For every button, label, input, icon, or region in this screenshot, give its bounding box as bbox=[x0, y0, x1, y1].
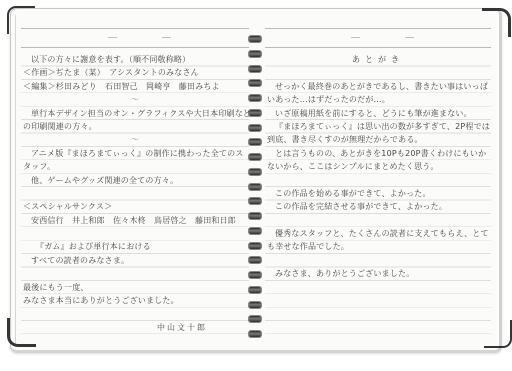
section-divider-mark: 〜 bbox=[21, 133, 249, 146]
text-line: すべての読者のみなさま。 bbox=[21, 254, 249, 267]
spiral-ring bbox=[249, 154, 261, 160]
spiral-ring bbox=[249, 139, 261, 145]
text-line: も幸せな作品でした。 bbox=[265, 240, 491, 253]
notebook-pages: 以下の方々に謝意を表す。（順不同敬称略） ＜作画＞ぢたま（某） アシスタントのみ… bbox=[10, 8, 502, 353]
blank-line bbox=[265, 66, 491, 79]
blank-line bbox=[265, 254, 491, 267]
text-line: タッフ。 bbox=[21, 160, 249, 173]
spiral-ring bbox=[249, 198, 261, 204]
header-field-mark bbox=[108, 37, 117, 38]
text-line: 安西信行 井上和郎 佐々木柊 鳥居啓之 藤田和日郎 bbox=[21, 214, 249, 227]
text-line: この作品を始める事ができて、よかった。 bbox=[265, 187, 491, 200]
spiral-ring bbox=[249, 272, 261, 278]
header-rule-bottom bbox=[265, 47, 491, 48]
spiral-ring bbox=[249, 66, 261, 72]
spiral-ring bbox=[249, 213, 261, 219]
section-divider-mark: 〜 bbox=[21, 93, 249, 106]
spiral-ring bbox=[249, 228, 261, 234]
spiral-ring bbox=[249, 257, 261, 263]
left-page-body: 以下の方々に謝意を表す。（順不同敬称略） ＜作画＞ぢたま（某） アシスタントのみ… bbox=[21, 53, 249, 334]
text-line: ＜スペシャルサンクス＞ bbox=[21, 200, 249, 213]
blank-line bbox=[265, 174, 491, 187]
right-page: あとがき せっかく最終巻のあとがきであるし、書きたい事はいっぱ いあった…はずだ… bbox=[265, 9, 491, 342]
text-line: ないから、ここはシンプルにまとめたく思う。 bbox=[265, 160, 491, 173]
text-line: 単行本デザイン担当のオン・グラフィクスや大日本印刷など bbox=[21, 107, 249, 120]
header-rule-top bbox=[265, 28, 491, 29]
text-line: 『ガム』および単行本における bbox=[21, 240, 249, 253]
text-line: とは言うものの、あとがきを10Pも20P書くわけにもいか bbox=[265, 147, 491, 160]
page-stack-edge bbox=[15, 15, 16, 344]
blank-line bbox=[265, 214, 491, 227]
text-line: いあった…はずだったのだが…。 bbox=[265, 93, 491, 106]
spiral-ring bbox=[249, 125, 261, 131]
spiral-ring bbox=[249, 287, 261, 293]
left-page: 以下の方々に謝意を表す。（順不同敬称略） ＜作画＞ぢたま（某） アシスタントのみ… bbox=[21, 9, 249, 342]
blank-line bbox=[21, 187, 249, 200]
blank-line bbox=[21, 307, 249, 320]
spiral-ring bbox=[249, 169, 261, 175]
text-line: 他、ゲームやグッズ関連の全ての方々。 bbox=[21, 174, 249, 187]
text-line: アニメ版『まほろまてぃっく』の制作に携わった全てのス bbox=[21, 147, 249, 160]
spiral-ring bbox=[249, 80, 261, 86]
right-page-body: あとがき せっかく最終巻のあとがきであるし、書きたい事はいっぱ いあった…はずだ… bbox=[265, 53, 491, 334]
text-line: 以下の方々に謝意を表す。（順不同敬称略） bbox=[21, 53, 249, 66]
text-line: 優秀なスタッフと、たくさんの読者に支えてもらえ、とて bbox=[265, 227, 491, 240]
blank-line bbox=[21, 227, 249, 240]
page-title: あとがき bbox=[265, 53, 491, 66]
header-field-mark bbox=[405, 37, 414, 38]
text-line: 最後にもう一度、 bbox=[21, 281, 249, 294]
header-field-mark bbox=[351, 37, 360, 38]
text-line: ＜作画＞ぢたま（某） アシスタントのみなさん bbox=[21, 66, 249, 79]
header-rule-bottom bbox=[21, 47, 249, 48]
text-line: の印刷関連の方々。 bbox=[21, 120, 249, 133]
signature: 中山文十郎 bbox=[21, 321, 249, 334]
spiral-ring bbox=[249, 302, 261, 308]
spiral-ring bbox=[249, 243, 261, 249]
spiral-ring bbox=[249, 51, 261, 57]
text-line: せっかく最終巻のあとがきであるし、書きたい事はいっぱ bbox=[265, 80, 491, 93]
header-field-mark bbox=[162, 37, 171, 38]
text-line: 到底、書き尽くすのが無理だからである。 bbox=[265, 133, 491, 146]
header-rule-top bbox=[21, 28, 249, 29]
spiral-ring bbox=[249, 331, 261, 337]
text-line: 『まほろまてぃっく』は思い出の数が多すぎて、2P程では bbox=[265, 120, 491, 133]
notebook-scan: 以下の方々に謝意を表す。（順不同敬称略） ＜作画＞ぢたま（某） アシスタントのみ… bbox=[0, 0, 512, 371]
spiral-ring bbox=[249, 316, 261, 322]
text-line: みなさま、ありがとうございました。 bbox=[265, 267, 491, 280]
text-line: この作品を完結させる事ができて、よかった。 bbox=[265, 200, 491, 213]
blank-line bbox=[21, 267, 249, 280]
spiral-ring bbox=[249, 36, 261, 42]
text-line: いざ原稿用紙を前にすると、どうにも筆が進まない。 bbox=[265, 107, 491, 120]
text-line: みなさま本当にありがとうございました。 bbox=[21, 294, 249, 307]
spiral-ring bbox=[249, 95, 261, 101]
text-line: ＜編集＞杉田みどり 石田智己 岡崎亨 藤田みちよ bbox=[21, 80, 249, 93]
spiral-ring bbox=[249, 110, 261, 116]
spiral-ring bbox=[249, 184, 261, 190]
